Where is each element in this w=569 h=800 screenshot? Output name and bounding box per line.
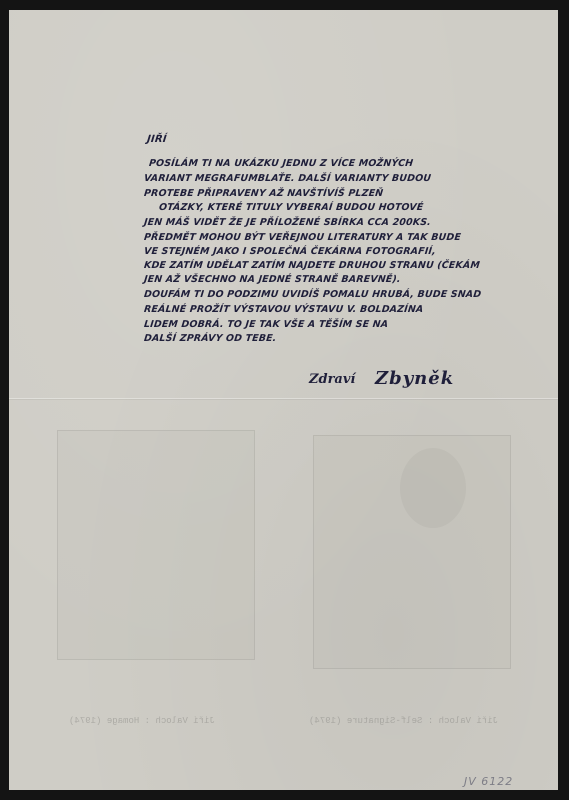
closing: Zdraví <box>309 372 355 387</box>
archive-number: JV 6122 <box>464 775 513 788</box>
bleed-through-image-right <box>313 435 511 669</box>
letter-line-8: KDE ZATÍM UDĚLAT ZATÍM NAJDETE DRUHOU ST… <box>143 260 480 271</box>
signature: Zbyněk <box>375 368 454 389</box>
letter-line-6: PŘEDMĚT MOHOU BÝT VEŘEJNOU LITERATURY A … <box>143 232 461 243</box>
letter-line-7: VE STEJNÉM JAKO I SPOLEČNÁ ČEKÁRNA FOTOG… <box>143 246 436 257</box>
handwritten-letter: JIŘÍ POSÍLÁM TI NA UKÁZKU JEDNU Z VÍCE M… <box>9 10 558 410</box>
letter-line-11: REÁLNÉ PROŽÍT VÝSTAVOU VÝSTAVU V. BOLDAZ… <box>143 304 423 315</box>
letter-line-10: DOUFÁM TI DO PODZIMU UVIDÍŠ POMALU HRUBÁ… <box>143 289 481 300</box>
letter-line-1: POSÍLÁM TI NA UKÁZKU JEDNU Z VÍCE MOŽNÝC… <box>148 158 413 169</box>
letter-line-5: JEN MÁŠ VIDĚT ŽE JE PŘÍLOŽENÉ SBÍRKA CCA… <box>143 217 431 228</box>
letter-line-2: VARIANT MEGRAFUMBLAŤE. DALŠÍ VARIANTY BU… <box>143 173 431 184</box>
greeting: JIŘÍ <box>146 134 167 145</box>
bleed-through-portrait <box>400 448 466 528</box>
bleed-through-caption-left: Jiří Valoch : Homage (1974) <box>69 716 215 726</box>
bleed-through-image-left <box>57 430 255 660</box>
letter-line-9: JEN AŽ VŠECHNO NA JEDNÉ STRANĚ BAREVNĚ). <box>143 274 401 285</box>
letter-sheet: Jiří Valoch : Homage (1974) Jiří Valoch … <box>9 10 558 790</box>
letter-line-4: OTÁZKY, KTERÉ TITULY VYBERAÍ BUDOU HOTOV… <box>158 202 423 213</box>
bleed-through-caption-right: Jiří Valoch : Self-Signature (1974) <box>309 716 498 726</box>
letter-line-3: PROTEBE PŘIPRAVENY AŽ NAVŠTÍVÍŠ PLZEŇ <box>143 188 383 199</box>
letter-line-13: DALŠÍ ZPRÁVY OD TEBE. <box>143 333 277 344</box>
letter-line-12: LIDEM DOBRÁ. TO JE TAK VŠE A TĚŠÍM SE NA <box>143 319 388 330</box>
